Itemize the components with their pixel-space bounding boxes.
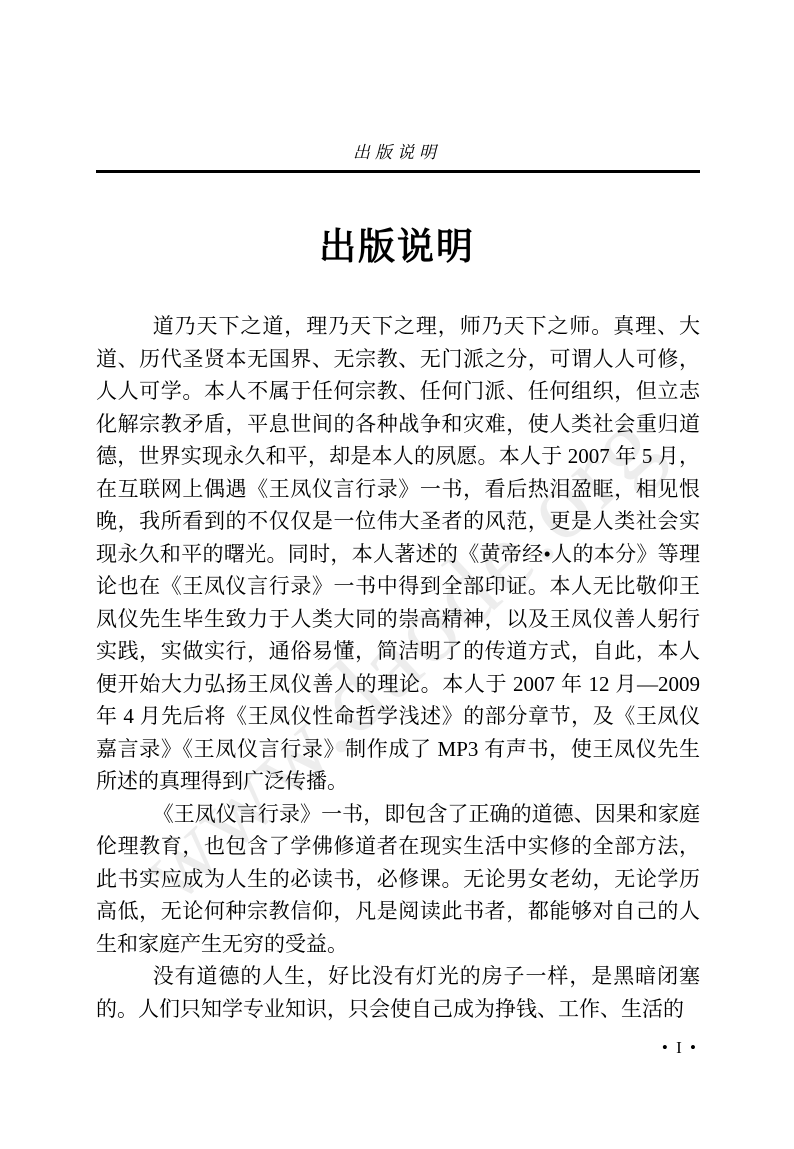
paragraph-1: 道乃天下之道，理乃天下之理，师乃天下之师。真理、大道、历代圣贤本无国界、无宗教、… bbox=[96, 310, 700, 798]
paragraph-3: 没有道德的人生，好比没有灯光的房子一样，是黑暗闭塞的。人们只知学专业知识，只会使… bbox=[96, 960, 700, 1025]
page-title: 出版说明 bbox=[0, 216, 794, 270]
book-page: www.daode.org 出版说明 出版说明 道乃天下之道，理乃天下之理，师乃… bbox=[0, 0, 794, 1149]
header-rule-divider bbox=[96, 170, 700, 173]
page-number: • I • bbox=[662, 1038, 698, 1058]
running-header: 出版说明 bbox=[0, 138, 794, 163]
paragraph-2: 《王凤仪言行录》一书，即包含了正确的道德、因果和家庭伦理教育，也包含了学佛修道者… bbox=[96, 798, 700, 961]
body-text: 道乃天下之道，理乃天下之理，师乃天下之师。真理、大道、历代圣贤本无国界、无宗教、… bbox=[96, 310, 700, 1025]
